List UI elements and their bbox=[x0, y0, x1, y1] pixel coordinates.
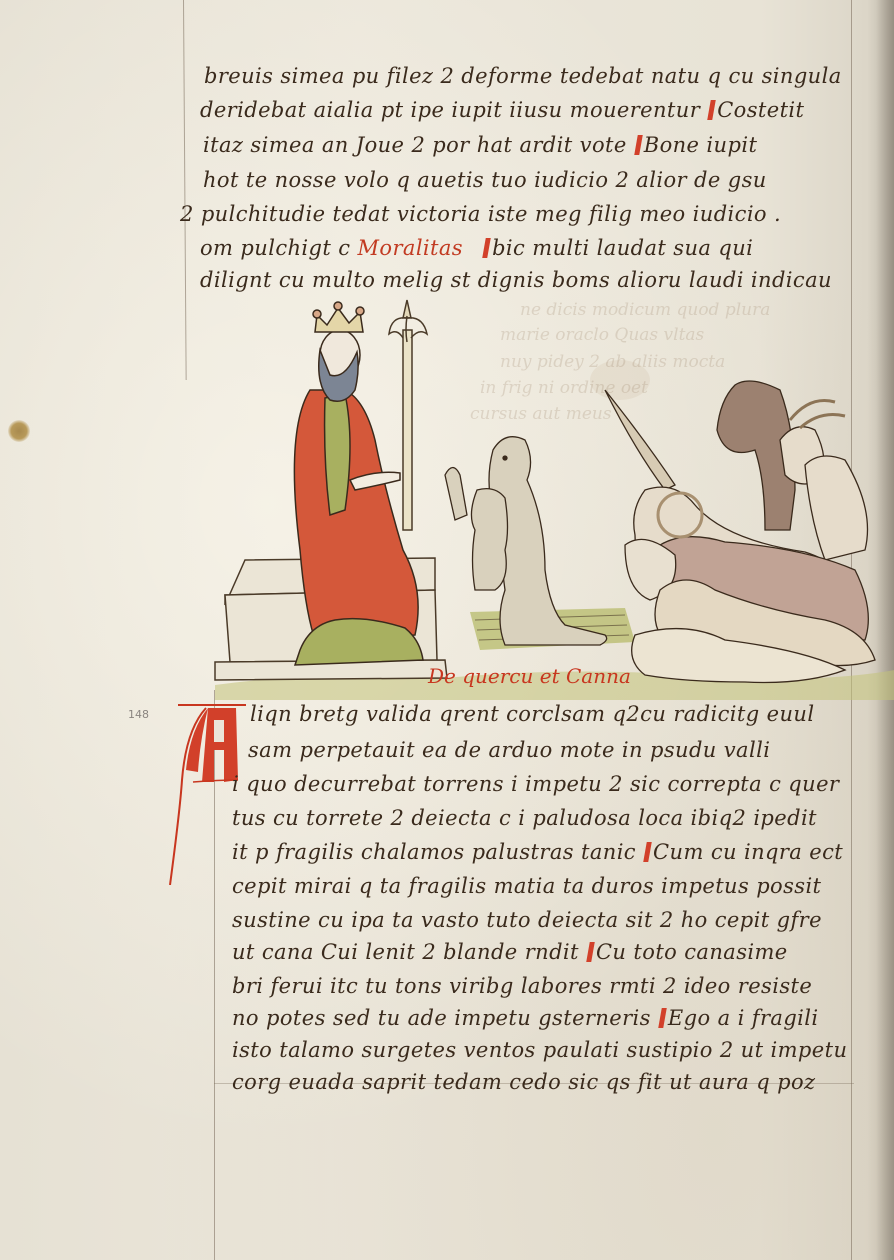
text-line: it p fragilis chalamos palustras tanic C… bbox=[232, 840, 843, 864]
worm-stain bbox=[8, 420, 30, 442]
rubric-stroke bbox=[658, 1008, 667, 1028]
rubric-stroke bbox=[643, 842, 652, 862]
text-line: itaz simea an Joue 2 por hat ardit vote … bbox=[203, 133, 757, 157]
text-line: tus cu torrete 2 deiecta c i paludosa lo… bbox=[232, 806, 817, 830]
text-line: 2 pulchitudie tedat victoria iste meg fi… bbox=[180, 202, 781, 226]
text-line: ut cana Cui lenit 2 blande rndit Cu toto… bbox=[232, 940, 788, 964]
text-line: isto talamo surgetes ventos paulati sust… bbox=[232, 1038, 847, 1062]
text-line: deridebat aialia pt ipe iupit iiusu moue… bbox=[200, 98, 804, 122]
text-line: bri ferui itc tu tons viribg labores rmt… bbox=[232, 974, 812, 998]
illustration-caption: De quercu et Canna bbox=[428, 664, 631, 688]
text-line: corg euada saprit tedam cedo sic qs fit … bbox=[232, 1070, 815, 1094]
manuscript-page: ne dicis modicum quod plura marie oraclo… bbox=[0, 0, 894, 1260]
text-line: om pulchigt c Moralitas bic multi laudat… bbox=[200, 236, 753, 260]
text-line: no potes sed tu ade impetu gsterneris Eg… bbox=[232, 1006, 819, 1030]
rubric-stroke bbox=[586, 942, 595, 962]
rubric-stroke bbox=[634, 135, 643, 155]
text-line: dilignt cu multo melig st dignis boms al… bbox=[200, 268, 832, 292]
animal-crowd bbox=[605, 381, 875, 683]
text-line: breuis simea pu filez 2 deforme tedebat … bbox=[204, 64, 842, 88]
text-line: sustine cu ipa ta vasto tuto deiecta sit… bbox=[232, 908, 822, 932]
rubric-stroke bbox=[707, 100, 716, 120]
left-margin-rule bbox=[183, 0, 187, 380]
sceptre bbox=[389, 300, 427, 530]
text-line: cepit mirai q ta fragilis matia ta duros… bbox=[232, 874, 821, 898]
text-line: i quo decurrebat torrens i impetu 2 sic … bbox=[232, 772, 839, 796]
rubric-stroke bbox=[482, 238, 491, 258]
folio-number: 148 bbox=[128, 708, 149, 721]
text-line: liqn bretg valida qrent corclsam q2cu ra… bbox=[250, 702, 814, 726]
text-line: hot te nosse volo q auetis tuo iudicio 2… bbox=[203, 168, 767, 192]
text-line: sam perpetauit ea de arduo mote in psudu… bbox=[248, 738, 770, 762]
fable-illustration bbox=[205, 290, 894, 700]
moralitas-rubric: Moralitas bbox=[358, 236, 463, 260]
